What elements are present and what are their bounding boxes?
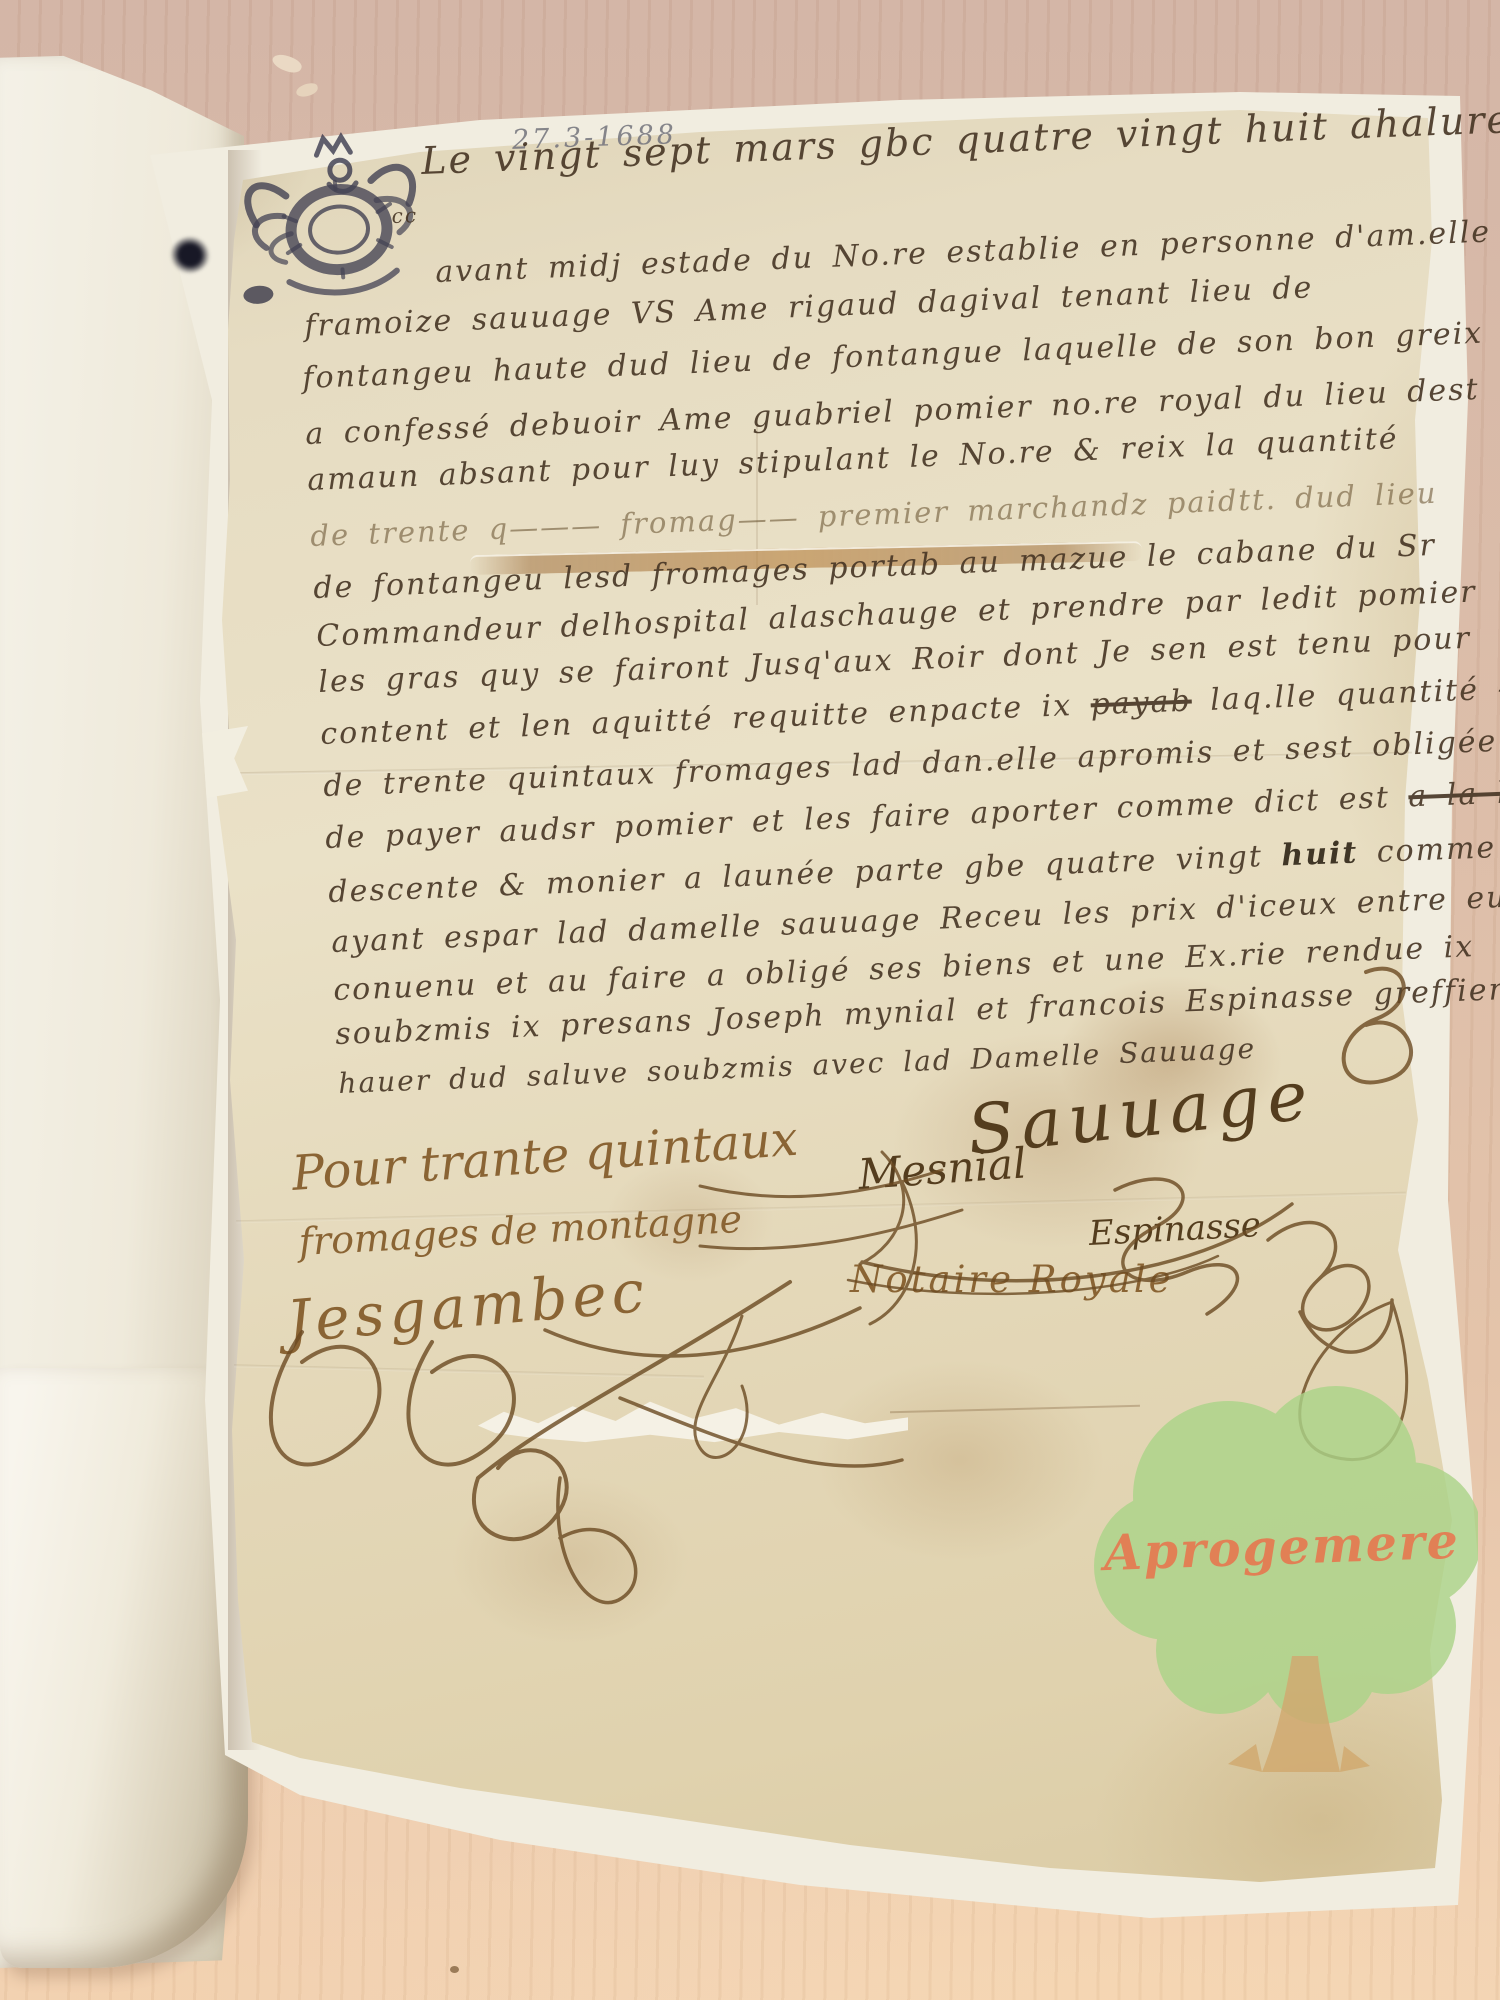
photo-of-manuscript: 27.3-1688 Le vingt sept mars gbc quatre … — [0, 0, 1500, 2000]
gambec-sweep — [545, 1308, 860, 1356]
archive-watermark: Aprogemere — [1078, 1368, 1478, 1780]
gambec-loops — [271, 1332, 514, 1465]
mesnial-paraph — [862, 1179, 1292, 1314]
espinasse-paraph — [1268, 1223, 1392, 1353]
central-flourish-loops — [558, 1398, 902, 1603]
montagne-flourish — [700, 1182, 962, 1324]
sauvage-paraph — [1344, 969, 1411, 1083]
central-flourish — [474, 1282, 790, 1539]
